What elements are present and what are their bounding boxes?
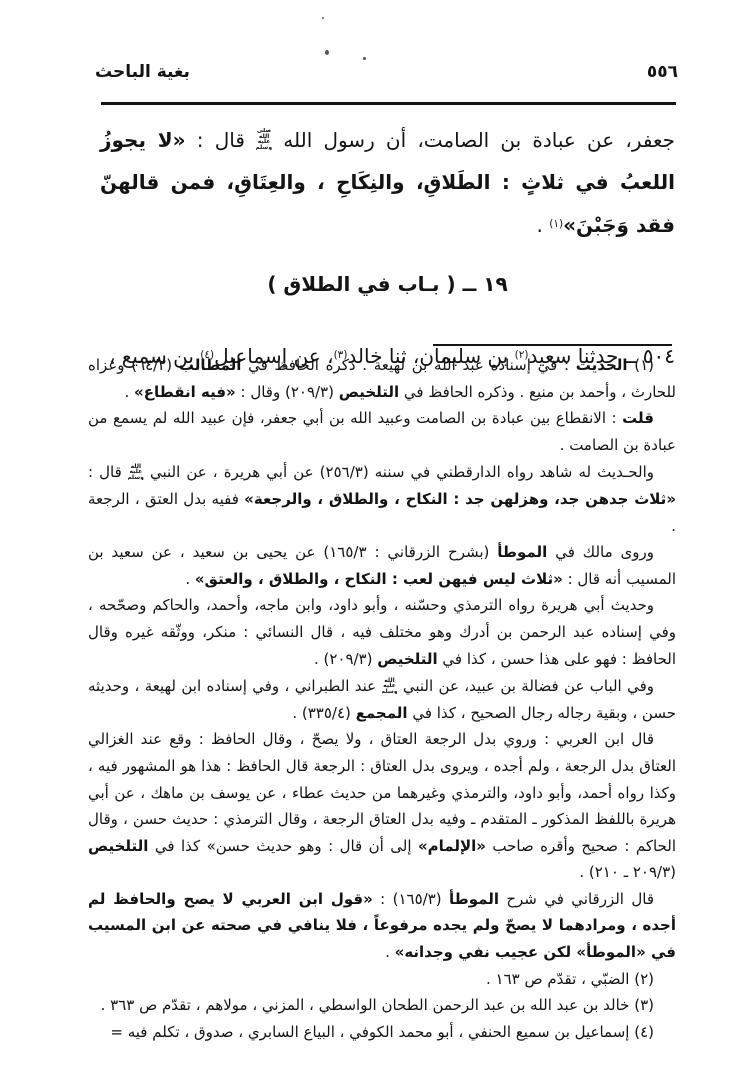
text-run: المطالب [179,356,242,374]
text-run: (٢) الضبّي ، تقدّم ص ١٦٣ . [486,970,654,988]
scan-artifact [325,50,329,55]
footnote-1: (١) الحديث : في إسناده عبد الله بن لهيعة… [88,352,676,405]
text-run: (٢٠٩/٣) وقال : [236,383,339,401]
footnote-2: (٢) الضبّي ، تقدّم ص ١٦٣ . [88,966,676,993]
book-title: بغية الباحث [95,62,190,82]
footnote-1-ibn-arabi: قال ابن العربي : وروي بدل الرجعة العتاق … [88,726,676,886]
text-run: . [536,213,549,237]
text-run: «ثلاث جدهن جد، وهزلهن جد : النكاح ، والط… [244,490,676,508]
text-run: التلخيص [88,837,148,855]
footnote-1-qultu: قلت : الانقطاع بين عبادة بن الصامت وعبيد… [88,405,676,458]
text-run: (١٦٥/٣) : [373,890,449,908]
scan-artifact [363,57,366,60]
footnote-1-tabarani: وفي الباب عن فضالة بن عبيد، عن النبي صلى… [88,672,676,726]
prophet-honorific-symbol: صلى الله عليه وسلم [382,672,398,694]
text-run: وروى مالك في [547,543,654,561]
footnote-3: (٣) خالد بن عبد الله بن عبد الرحمن الطحا… [88,992,676,1019]
text-run: . [124,383,134,401]
text-run: «الإلمام» [418,837,486,855]
text-run: (٤) إسماعيل بن سميع الحنفي ، أبو محمد ال… [110,1023,654,1041]
text-run: : في إسناده عبد الله بن لهيعة . ذكره الح… [241,356,575,374]
text-run: جعفر، عن عبادة بن الصامت، أن رسول الله [272,128,675,152]
page-header: ٥٥٦ بغية الباحث [95,62,678,82]
text-run: المجمع [356,704,408,722]
text-run: قال : [186,128,256,152]
header-rule [101,102,676,105]
footnote-1-shahid: والحـديث له شاهد رواه الدارقطني في سننه … [88,458,676,539]
text-run: قلت [622,409,654,427]
text-run: التلخيص [339,383,399,401]
text-run: «فيه انقطاع» [134,383,236,401]
main-text: جعفر، عن عبادة بن الصامت، أن رسول الله ص… [100,119,675,377]
text-run: الموطأ [497,543,547,561]
text-run: (٣) خالد بن عبد الله بن عبد الرحمن الطحا… [101,996,654,1014]
scan-artifact [322,17,324,19]
page-number: ٥٥٦ [647,62,678,82]
text-run: إلى أن قال : وهو حديث حسن» كذا في [148,837,418,855]
hadith-503-continuation: جعفر، عن عبادة بن الصامت، أن رسول الله ص… [100,119,675,246]
book-page: ٥٥٦ بغية الباحث جعفر، عن عبادة بن الصامت… [0,0,746,1079]
prophet-honorific-symbol: صلى الله عليه وسلم [128,458,144,480]
text-run: قال : [88,463,128,481]
prophet-honorific-symbol: صلى الله عليه وسلم [256,128,272,150]
text-run: وفي الباب عن فضالة بن عبيد، عن النبي [398,677,655,695]
text-run: «ثلاث ليس فيهن لعب : النكاح ، والطلاق ، … [195,570,563,588]
text-run: الحديث [576,356,628,374]
footnotes-block: (١) الحديث : في إسناده عبد الله بن لهيعة… [88,352,676,1045]
footnote-separator [433,344,672,346]
text-run: . [185,570,195,588]
text-run: التلخيص [377,650,437,668]
chapter-heading: ١٩ ــ ( بـاب في الطلاق ) [100,268,675,300]
footnote-4: (٤) إسماعيل بن سميع الحنفي ، أبو محمد ال… [88,1019,676,1046]
footnote-1-zurqani: قال الزرقاني في شرح الموطأ (١٦٥/٣) : «قو… [88,886,676,966]
text-run: قال الزرقاني في شرح [499,890,654,908]
text-run: والحـديث له شاهد رواه الدارقطني في سننه … [144,463,654,481]
text-run: (٢٠٩/٣) . [314,650,377,668]
text-run: . [385,943,395,961]
footnote-1-tirmidhi: وحديث أبي هريرة رواه الترمذي وحسّنه ، وأ… [88,592,676,672]
footnote-ref-marker: (١) [549,218,563,230]
text-run: (١) [628,356,654,374]
text-run: الموطأ [449,890,499,908]
text-run: (٣٣٥/٤) . [292,704,355,722]
text-run: (٢٠٩/٣ ـ ٢١٠) . [579,863,676,881]
footnote-1-muwatta: وروى مالك في الموطأ (بشرح الزرقاني : ١٦٥… [88,539,676,592]
text-run: : الانقطاع بين عبادة بن الصامت وعبيد الل… [88,409,676,454]
